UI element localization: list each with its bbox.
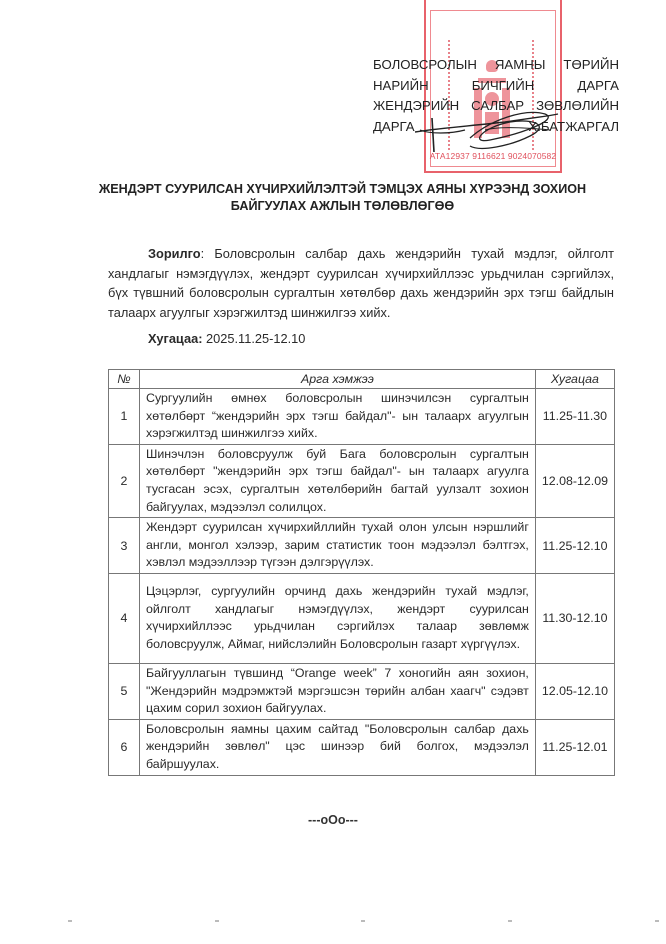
row-deadline: 11.25-12.10 <box>535 518 614 574</box>
row-number: 5 <box>109 663 140 719</box>
row-number: 6 <box>109 719 140 775</box>
approval-word: НАРИЙН <box>373 76 429 97</box>
row-action: Боловсролын яамны цахим сайтад "Боловсро… <box>140 719 536 775</box>
row-deadline: 11.25-11.30 <box>535 389 614 445</box>
row-deadline: 12.05-12.10 <box>535 663 614 719</box>
row-action: Шинэчлэн боловсруулж буй Бага боловсролы… <box>140 444 536 517</box>
table-row: 2 Шинэчлэн боловсруулж буй Бага боловсро… <box>109 444 615 517</box>
approval-word: БОЛОВСРОЛЫН <box>373 55 477 76</box>
approval-word: БИЧГИЙН <box>472 76 535 97</box>
duration-line: Хугацаа: 2025.11.25-12.10 <box>148 331 305 346</box>
scan-artifact <box>68 920 72 922</box>
scan-artifact <box>508 920 512 922</box>
table-row: 1 Сургуулийн өмнөх боловсролын шинэчилсэ… <box>109 389 615 445</box>
closing-mark: ---oOo--- <box>0 813 666 827</box>
table-row: 4 Цэцэрлэг, сургуулийн орчинд дахь жендэ… <box>109 573 615 663</box>
purpose-paragraph: Зорилго: Боловсролын салбар дахь жендэри… <box>108 244 614 322</box>
scan-artifact <box>361 920 365 922</box>
action-plan-table: № Арга хэмжээ Хугацаа 1 Сургуулийн өмнөх… <box>108 369 615 776</box>
duration-label: Хугацаа: <box>148 331 202 346</box>
row-number: 4 <box>109 573 140 663</box>
row-deadline: 12.08-12.09 <box>535 444 614 517</box>
row-action: Сургуулийн өмнөх боловсролын шинэчилсэн … <box>140 389 536 445</box>
row-action: Байгууллагын түвшинд “Orange week” 7 хон… <box>140 663 536 719</box>
document-title: ЖЕНДЭРТ СУУРИЛСАН ХҮЧИРХИЙЛЭЛТЭЙ ТЭМЦЭХ … <box>90 181 595 214</box>
table-row: 5 Байгууллагын түвшинд “Orange week” 7 х… <box>109 663 615 719</box>
approval-word: ДАРГА <box>577 76 619 97</box>
title-line-1: ЖЕНДЭРТ СУУРИЛСАН ХҮЧИРХИЙЛЭЛТЭЙ ТЭМЦЭХ … <box>90 181 595 198</box>
row-deadline: 11.25-12.01 <box>535 719 614 775</box>
scan-artifact <box>655 920 659 922</box>
row-action: Цэцэрлэг, сургуулийн орчинд дахь жендэри… <box>140 573 536 663</box>
approval-word: ДАРГА <box>373 117 415 138</box>
duration-value: 2025.11.25-12.10 <box>202 331 305 346</box>
header-number: № <box>109 370 140 389</box>
approval-word: ЯАМНЫ <box>495 55 546 76</box>
table-row: 6 Боловсролын яамны цахим сайтад "Боловс… <box>109 719 615 775</box>
row-deadline: 11.30-12.10 <box>535 573 614 663</box>
purpose-label: Зорилго <box>148 246 201 261</box>
header-deadline: Хугацаа <box>535 370 614 389</box>
row-number: 3 <box>109 518 140 574</box>
approval-line: НАРИЙН БИЧГИЙН ДАРГА <box>373 76 619 97</box>
row-number: 1 <box>109 389 140 445</box>
title-line-2: БАЙГУУЛАХ АЖЛЫН ТӨЛӨВЛӨГӨӨ <box>90 198 595 215</box>
scan-artifact <box>215 920 219 922</box>
handwritten-signature-icon <box>410 100 560 155</box>
row-number: 2 <box>109 444 140 517</box>
row-action: Жендэрт суурилсан хүчирхийллийн тухай ол… <box>140 518 536 574</box>
approval-line: БОЛОВСРОЛЫН ЯАМНЫ ТӨРИЙН <box>373 55 619 76</box>
table-header-row: № Арга хэмжээ Хугацаа <box>109 370 615 389</box>
header-action: Арга хэмжээ <box>140 370 536 389</box>
approval-word: ТӨРИЙН <box>563 55 619 76</box>
table-row: 3 Жендэрт суурилсан хүчирхийллийн тухай … <box>109 518 615 574</box>
